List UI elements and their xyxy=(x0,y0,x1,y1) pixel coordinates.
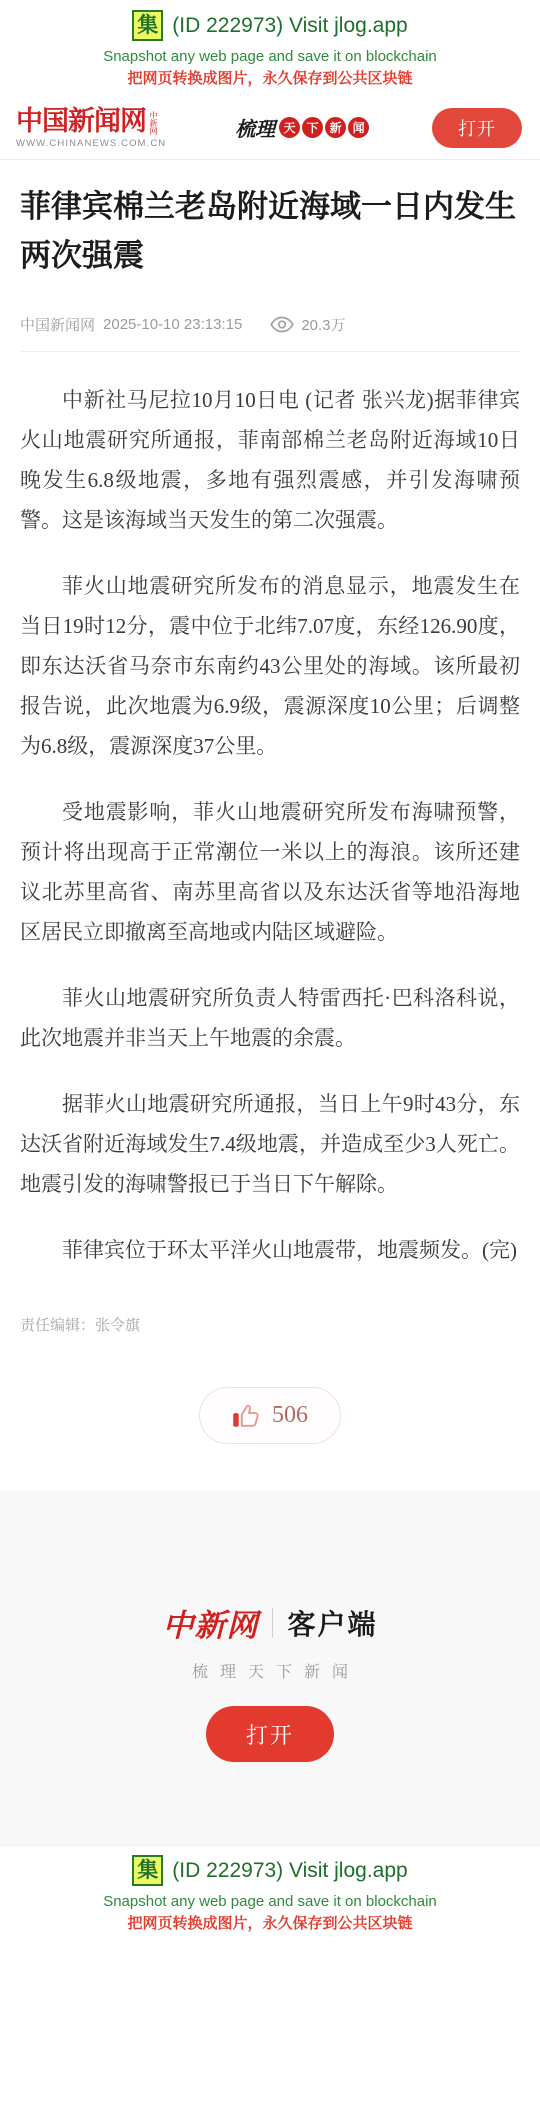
app-logo-client-label: 客户端 xyxy=(287,1603,377,1643)
slogan-badge: 闻 xyxy=(348,117,369,138)
promo-banner-top: 集 (ID 222973) Visit jlog.app Snapshot an… xyxy=(0,0,540,96)
promo-id-link[interactable]: (ID 222973) Visit jlog.app xyxy=(172,14,407,38)
site-header: 中国新闻网 中新网 WWW.CHINANEWS.COM.CN 梳理 天 下 新 … xyxy=(0,96,540,160)
slogan-badge: 天 xyxy=(279,117,300,138)
views-eye-icon xyxy=(270,316,294,333)
promo-subtitle-cn: 把网页转换成图片，永久保存到公共区块链 xyxy=(0,67,540,88)
open-app-button-footer[interactable]: 打开 xyxy=(206,1706,334,1762)
chinanews-logo-text: 中国新闻网 xyxy=(16,107,146,135)
like-button[interactable]: 506 xyxy=(199,1387,341,1444)
chinanews-url: WWW.CHINANEWS.COM.CN xyxy=(16,138,166,149)
promo-subtitle-cn: 把网页转换成图片，永久保存到公共区块链 xyxy=(0,1912,540,1933)
slogan-prefix-text: 梳理 xyxy=(235,113,275,142)
article-timestamp: 2025-10-10 23:13:15 xyxy=(103,316,242,333)
promo-subtitle-en: Snapshot any web page and save it on blo… xyxy=(0,1893,540,1910)
like-count: 506 xyxy=(272,1402,308,1429)
article-paragraph: 据菲火山地震研究所通报，当日上午9时43分，东达沃省附近海域发生7.4级地震，并… xyxy=(20,1084,520,1204)
promo-banner-bottom: 集 (ID 222973) Visit jlog.app Snapshot an… xyxy=(0,1847,540,1937)
logo-divider xyxy=(272,1608,273,1638)
article-source: 中国新闻网 xyxy=(20,314,95,335)
slogan-badge: 下 xyxy=(302,117,323,138)
article-paragraph: 受地震影响，菲火山地震研究所发布海啸预警，预计将出现高于正常潮位一米以上的海浪。… xyxy=(20,792,520,952)
article-title: 菲律宾棉兰老岛附近海域一日内发生两次强震 xyxy=(20,182,520,280)
views-count: 20.3万 xyxy=(301,314,345,335)
article-paragraph: 中新社马尼拉10月10日电 (记者 张兴龙)据菲律宾火山地震研究所通报，菲南部棉… xyxy=(20,380,520,540)
app-tagline: 梳理天下新闻 xyxy=(180,1659,360,1682)
jlog-logo-icon: 集 xyxy=(132,10,163,41)
open-app-button-header[interactable]: 打开 xyxy=(432,108,522,148)
thumbs-up-icon xyxy=(232,1402,262,1429)
promo-subtitle-en: Snapshot any web page and save it on blo… xyxy=(0,48,540,65)
slogan-badge: 新 xyxy=(325,117,346,138)
article: 菲律宾棉兰老岛附近海域一日内发生两次强震 中国新闻网 2025-10-10 23… xyxy=(0,182,540,1444)
promo-id-link[interactable]: (ID 222973) Visit jlog.app xyxy=(172,1859,407,1883)
article-byline: 中国新闻网 2025-10-10 23:13:15 20.3万 xyxy=(20,314,520,352)
app-logo: 中新网 客户端 xyxy=(162,1600,377,1645)
article-body: 中新社马尼拉10月10日电 (记者 张兴龙)据菲律宾火山地震研究所通报，菲南部棉… xyxy=(20,380,520,1270)
article-paragraph: 菲火山地震研究所负责人特雷西托·巴科洛科说，此次地震并非当天上午地震的余震。 xyxy=(20,978,520,1058)
article-paragraph: 菲律宾位于环太平洋火山地震带，地震频发。(完) xyxy=(20,1230,520,1270)
chinanews-logo-side-text: 中新网 xyxy=(149,111,158,135)
chinanews-logo[interactable]: 中国新闻网 中新网 WWW.CHINANEWS.COM.CN xyxy=(16,107,166,149)
slogan-logo: 梳理 天 下 新 闻 xyxy=(235,113,369,142)
article-paragraph: 菲火山地震研究所发布的消息显示，地震发生在当日19时12分，震中位于北纬7.07… xyxy=(20,566,520,766)
app-logo-brand: 中新网 xyxy=(162,1600,258,1645)
editor-credit: 责任编辑：张令旗 xyxy=(20,1314,520,1335)
jlog-logo-icon: 集 xyxy=(132,1855,163,1886)
app-download-footer: 中新网 客户端 梳理天下新闻 打开 xyxy=(0,1490,540,1847)
